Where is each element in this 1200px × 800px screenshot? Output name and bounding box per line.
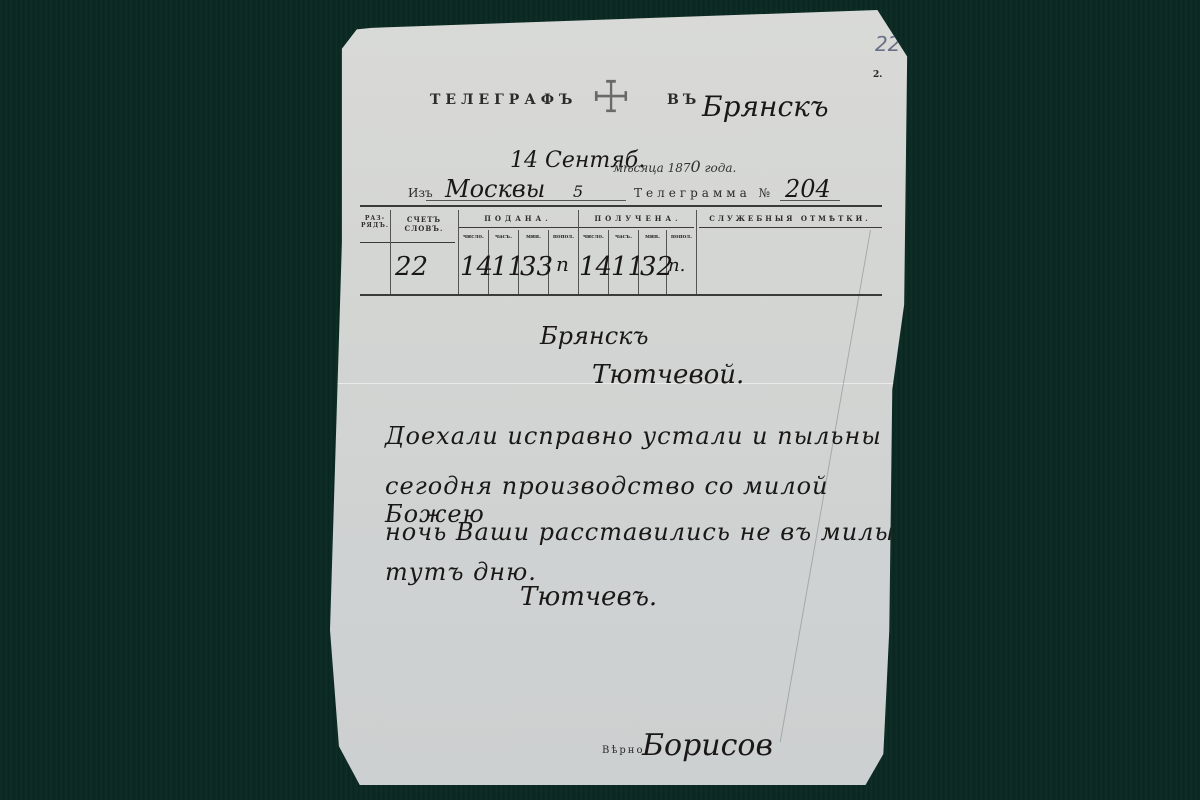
origin-city: Москвы 5 <box>445 175 583 203</box>
sub-min: мин. <box>519 234 548 240</box>
sub-period: попол. <box>667 234 696 240</box>
header-service-notes: СЛУЖЕБНЫЯ ОТМѢТКИ. <box>698 214 882 223</box>
message-line-3: ночь Ваши расставились не въ милыя <box>385 518 912 546</box>
archive-number: 22 <box>875 32 900 56</box>
sub-period: попол. <box>549 234 578 240</box>
sender-signature: Тютчевъ. <box>520 582 657 612</box>
verification-signature: Борисов <box>642 728 773 763</box>
table-sub-divider <box>459 227 694 228</box>
sub-day: число. <box>579 234 608 240</box>
submitted-period: п <box>556 252 569 276</box>
from-label: Изъ <box>408 186 433 200</box>
header-word-count: СЧЕТЪ СЛОВЪ. <box>392 215 456 233</box>
table-header-divider <box>360 242 455 243</box>
table-top-border <box>360 205 882 207</box>
addressee-name: Тютчевой. <box>592 360 744 390</box>
destination-city: Брянскъ <box>702 90 829 123</box>
imperial-eagle-crest-icon: ☩ <box>587 68 635 128</box>
word-count-value: 22 <box>395 252 428 282</box>
submitted-min: 33 <box>520 252 553 282</box>
sub-min: мин. <box>639 234 666 240</box>
sub-day: число. <box>459 234 488 240</box>
origin-code: 5 <box>573 182 583 201</box>
year-handwritten: 0 <box>690 157 700 176</box>
year-suffix: года. <box>704 161 736 175</box>
destination-label: ВЪ <box>667 92 700 108</box>
sub-hour: часъ. <box>609 234 638 240</box>
telegram-label: Телеграмма № <box>634 186 774 200</box>
addressee-city: Брянскъ <box>540 322 648 350</box>
date-printed: мѣсяца 1870 года. <box>613 157 736 176</box>
submitted-day: 14 <box>460 252 493 282</box>
header-razryad: РАЗ-РЯДЪ. <box>360 215 390 229</box>
telegraph-title: ТЕЛЕГРАФЪ <box>430 92 577 108</box>
year-printed: 187 <box>668 161 691 175</box>
sub-hour: часъ. <box>489 234 518 240</box>
received-period: п. <box>668 255 685 276</box>
page-number: 2. <box>873 70 882 80</box>
message-line-1: Доехали исправно устали и пыльны <box>385 422 882 450</box>
origin-city-name: Москвы <box>445 175 545 203</box>
message-line-4: тутъ дню. <box>385 558 537 586</box>
telegram-number: 204 <box>785 175 831 203</box>
col-divider <box>390 210 391 294</box>
date-day: 14 <box>510 148 538 173</box>
telegram-info-table: РАЗ-РЯДЪ. СЧЕТЪ СЛОВЪ. ПОДАНА. ПОЛУЧЕНА.… <box>360 205 882 295</box>
telegram-paper: 22 2. ТЕЛЕГРАФЪ ☩ ВЪ Брянскъ 14 Сентяб. … <box>330 10 925 785</box>
header-submitted: ПОДАНА. <box>460 214 576 223</box>
col-divider <box>696 210 697 294</box>
table-notes-divider <box>699 227 882 228</box>
table-bottom-border <box>360 294 882 296</box>
header-received: ПОЛУЧЕНА. <box>580 214 696 223</box>
col-divider <box>458 210 459 294</box>
received-day: 14 <box>579 252 612 282</box>
month-label: мѣсяца <box>613 161 664 175</box>
